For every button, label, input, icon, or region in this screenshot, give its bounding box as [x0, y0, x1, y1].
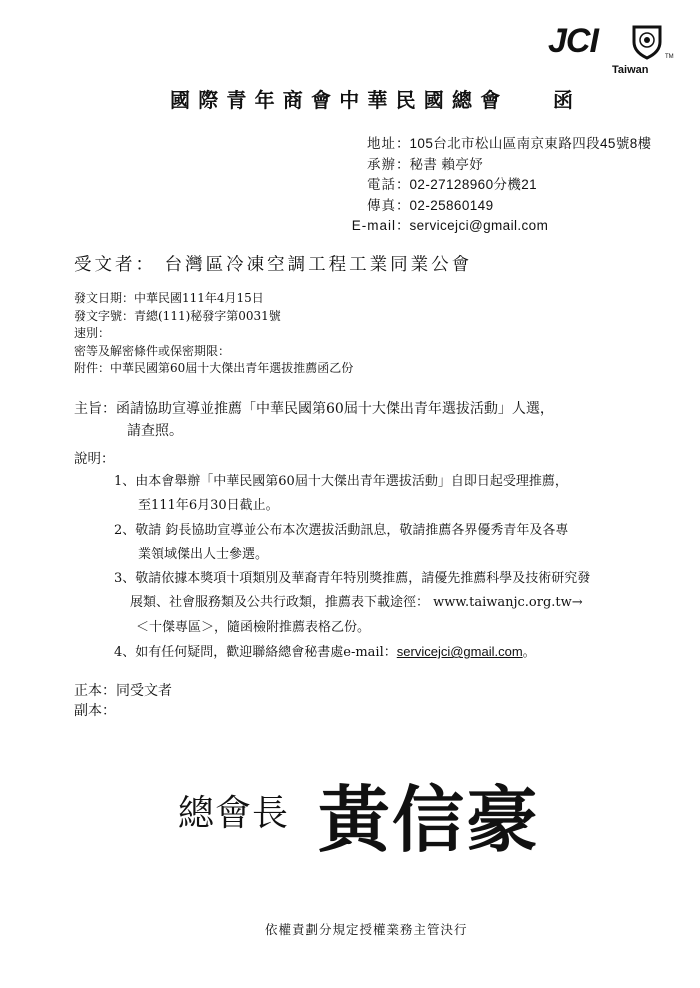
signature-title: 總會長 [178, 785, 289, 836]
recipient-label: 受文者： [74, 255, 156, 275]
explanation-items: 1、由本會舉辦「中華民國第60屆十大傑出青年選拔活動」自即日起受理推薦， 至11… [114, 470, 590, 665]
handler-value: 秘書 賴亭妤 [410, 157, 484, 172]
handler-label: 承辦 [342, 156, 396, 176]
address-label: 地址 [342, 135, 396, 155]
fax-value: 02-25860149 [410, 198, 494, 213]
email-row: E-mail：servicejci@gmail.com [342, 216, 652, 237]
recipient-value: 台灣區冷凍空調工程工業同業公會 [165, 255, 473, 275]
item-3-line-1: 3、敬請依據本獎項十項類別及華裔青年特別獎推薦，請優先推薦科學及技術研究發 [114, 567, 590, 591]
phone-row: 電話：02-27128960分機21 [342, 175, 652, 196]
contact-email-link[interactable]: servicejci@gmail.com [397, 644, 523, 659]
subject-block: 主旨：函請協助宣導並推薦「中華民國第60屆十大傑出青年選拔活動」人選， 請查照。 [74, 398, 554, 442]
explanation-item-2: 2、敬請 鈞長協助宣導並公布本次選拔活動訊息，敬請推薦各界優秀青年及各專 業領域… [114, 519, 590, 568]
explanation-item-3: 3、敬請依據本獎項十項類別及華裔青年特別獎推薦，請優先推薦科學及技術研究發 展類… [114, 567, 590, 640]
explanation-label: 說明： [74, 447, 115, 467]
item-4-text: 4、如有任何疑問，歡迎聯絡總會秘書處e-mail： [114, 645, 397, 660]
logo-subtitle: Taiwan [612, 64, 648, 76]
trademark-mark: TM [665, 54, 674, 60]
classification: 密等及解密條件或保密期限： [74, 343, 353, 361]
copies-block: 正本：同受文者 副本： [74, 681, 172, 721]
logo-text: JCI [548, 22, 598, 61]
fax-label: 傳真 [342, 197, 396, 217]
address-row: 地址：105台北市松山區南京東路四段45號8樓 [342, 134, 652, 155]
original-copy: 正本：同受文者 [74, 681, 172, 701]
item-1-line-2: 至111年6月30日截止。 [114, 494, 590, 518]
document-meta: 發文日期：中華民國111年4月15日 發文字號：青總(111)秘發字第0031號… [74, 290, 353, 378]
explanation-item-1: 1、由本會舉辦「中華民國第60屆十大傑出青年選拔活動」自即日起受理推薦， 至11… [114, 470, 590, 519]
jci-shield-icon [632, 24, 662, 60]
document-type: 函 [553, 84, 573, 113]
signature-name: 黃信豪 [318, 762, 540, 866]
subject-line-2: 請查照。 [74, 420, 554, 442]
address-value: 105台北市松山區南京東路四段45號8樓 [410, 136, 652, 151]
item-1-line-1: 1、由本會舉辦「中華民國第60屆十大傑出青年選拔活動」自即日起受理推薦， [114, 470, 590, 494]
explanation-item-4: 4、如有任何疑問，歡迎聯絡總會秘書處e-mail：servicejci@gmai… [114, 640, 590, 665]
handler-row: 承辦：秘書 賴亭妤 [342, 155, 652, 176]
attachment: 附件：中華民國第60屆十大傑出青年選拔推薦函乙份 [74, 360, 353, 378]
document-title: 國際青年商會中華民國總會 [170, 84, 508, 113]
item-2-line-1: 2、敬請 鈞長協助宣導並公布本次選拔活動訊息，敬請推薦各界優秀青年及各專 [114, 519, 590, 543]
item-3-line-2: 展類、社會服務類及公共行政類，推薦表下載途徑： www.taiwanjc.org… [114, 591, 590, 615]
item-2-line-2: 業領域傑出人士參選。 [114, 543, 590, 567]
subject-line-1: 函請協助宣導並推薦「中華民國第60屆十大傑出青年選拔活動」人選， [116, 401, 554, 417]
authorization-note: 依權責劃分規定授權業務主管決行 [265, 920, 468, 938]
recipient-line: 受文者： 台灣區冷凍空調工程工業同業公會 [74, 251, 472, 276]
subject-label: 主旨： [74, 401, 116, 417]
fax-row: 傳真：02-25860149 [342, 196, 652, 217]
email-value: servicejci@gmail.com [410, 218, 549, 233]
item-3-line-3: ＜十傑專區＞，隨函檢附推薦表格乙份。 [114, 616, 590, 640]
duplicate-copy: 副本： [74, 701, 172, 721]
urgency: 速別： [74, 325, 353, 343]
item-4-suffix: 。 [523, 645, 536, 660]
contact-block: 地址：105台北市松山區南京東路四段45號8樓 承辦：秘書 賴亭妤 電話：02-… [342, 134, 652, 237]
phone-label: 電話 [342, 176, 396, 196]
issue-date: 發文日期：中華民國111年4月15日 [74, 290, 353, 308]
jci-taiwan-logo: JCI TM Taiwan [548, 22, 698, 82]
phone-value: 02-27128960分機21 [410, 177, 538, 192]
email-label: E-mail [342, 216, 396, 236]
document-number: 發文字號：青總(111)秘發字第0031號 [74, 308, 353, 326]
